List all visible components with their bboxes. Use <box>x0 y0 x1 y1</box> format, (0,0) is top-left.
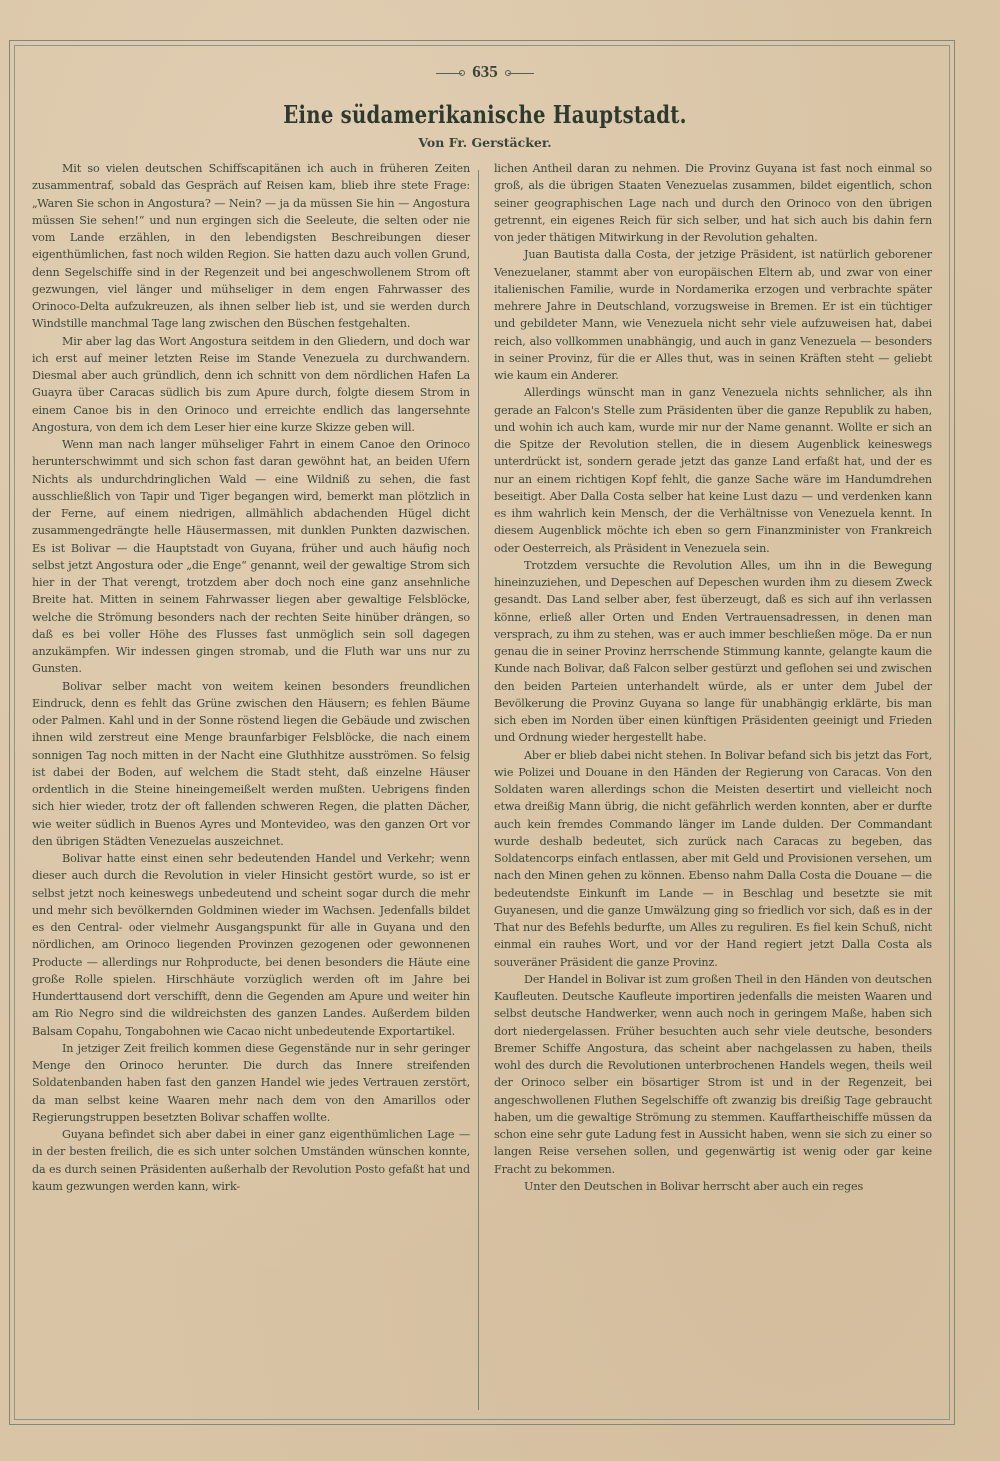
paragraph: Mir aber lag das Wort Angostura seitdem … <box>32 333 470 437</box>
ornament-dash-left <box>436 73 462 74</box>
paragraph: Mit so vielen deutschen Schiffscapitänen… <box>32 160 470 333</box>
ornament-dash-right <box>508 73 534 74</box>
paragraph: Aber er blieb dabei nicht stehen. In Bol… <box>494 747 932 971</box>
paragraph: Bolivar hatte einst einen sehr bedeutend… <box>32 850 470 1040</box>
column-divider <box>478 170 479 1410</box>
paragraph: Guyana befindet sich aber dabei in einer… <box>32 1126 470 1195</box>
paragraph: Unter den Deutschen in Bolivar herrscht … <box>494 1178 932 1195</box>
paragraph: Bolivar selber macht von weitem keinen b… <box>32 678 470 851</box>
paragraph: Der Handel in Bolivar ist zum großen The… <box>494 971 932 1178</box>
paragraph: Allerdings wünscht man in ganz Venezuela… <box>494 384 932 557</box>
page-number: 635 <box>472 62 498 81</box>
article-byline: Von Fr. Gerstäcker. <box>0 135 970 150</box>
article-title: Eine südamerikanische Hauptstadt. <box>87 100 882 129</box>
paragraph: In jetziger Zeit freilich kommen diese G… <box>32 1040 470 1126</box>
page-number-header: 635 <box>0 62 970 82</box>
text-column-left: Mit so vielen deutschen Schiffscapitänen… <box>32 160 470 1195</box>
text-column-right: lichen Antheil daran zu nehmen. Die Prov… <box>494 160 932 1195</box>
paragraph: Trotzdem versuchte die Revolution Alles,… <box>494 557 932 747</box>
paragraph: Wenn man nach langer mühseliger Fahrt in… <box>32 436 470 678</box>
paragraph: Juan Bautista dalla Costa, der jetzige P… <box>494 246 932 384</box>
paragraph-continued: lichen Antheil daran zu nehmen. Die Prov… <box>494 160 932 246</box>
